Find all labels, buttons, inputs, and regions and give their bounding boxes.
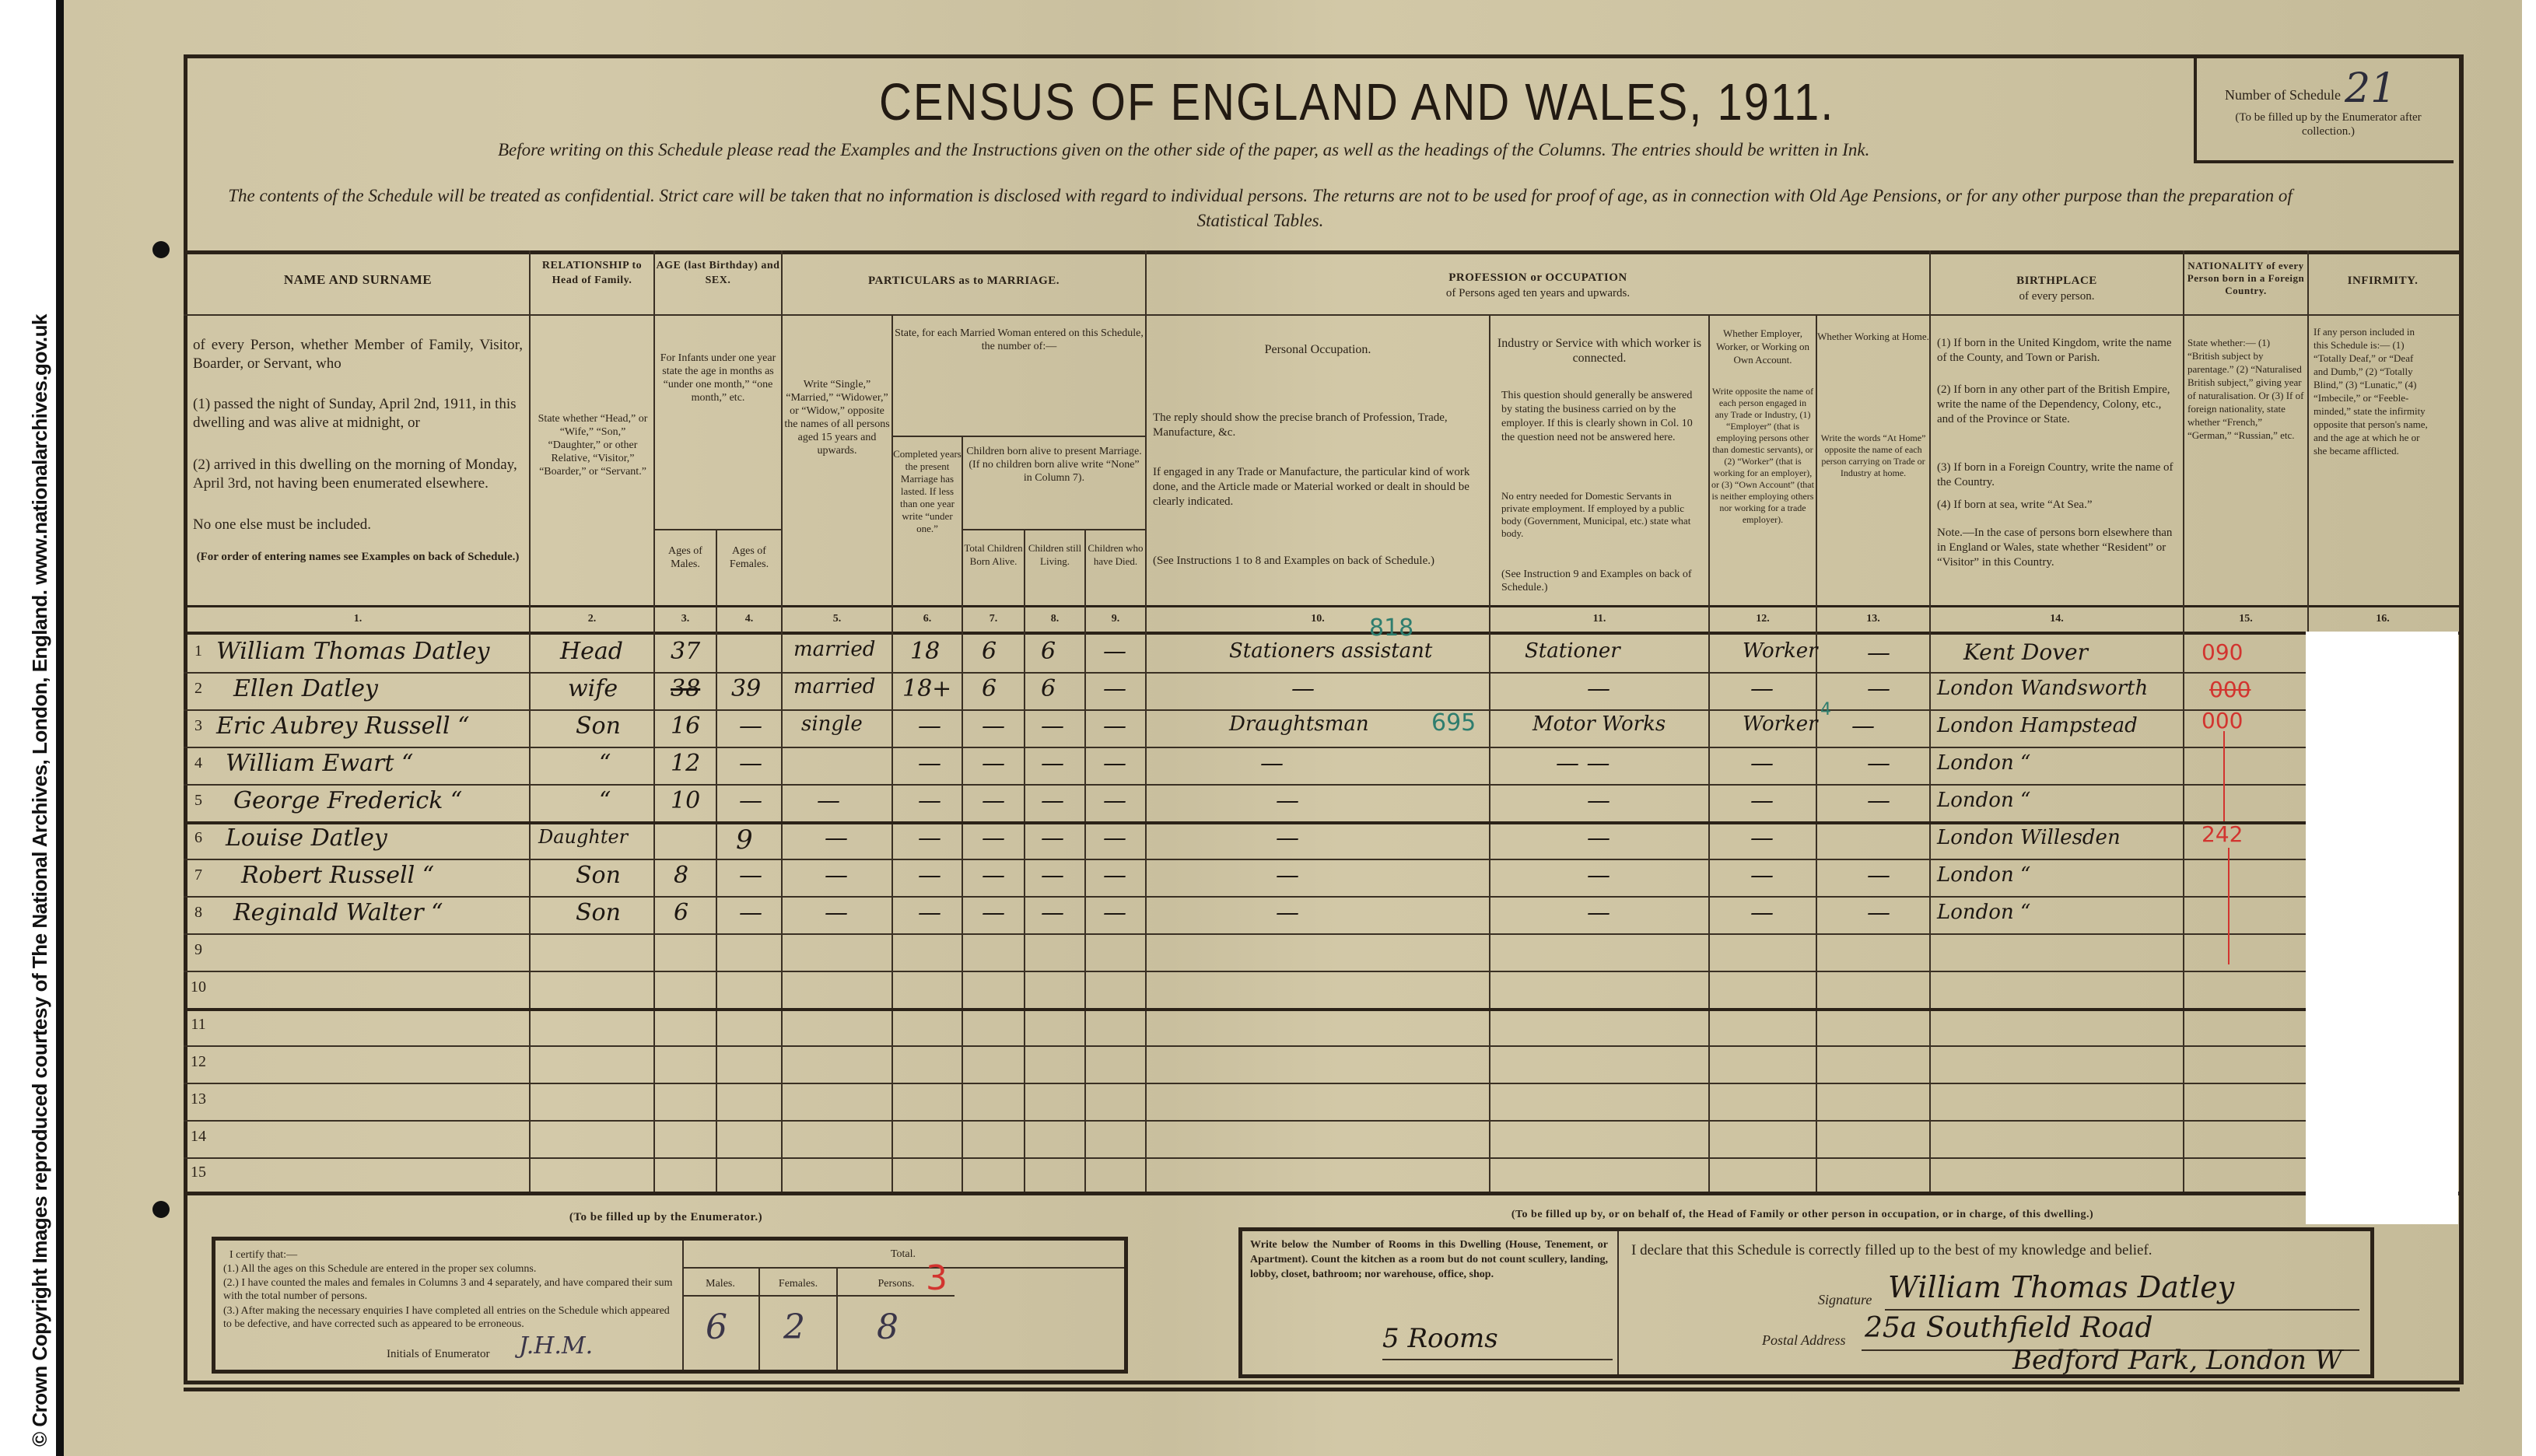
cell-age-female: — <box>739 899 762 926</box>
cell-children-living: 6 <box>1041 675 1056 702</box>
cell-age-male: 12 <box>671 750 700 777</box>
employer-code: 4 <box>1820 700 1831 719</box>
cell-name: Ellen Datley <box>233 675 378 702</box>
row-number: 13 <box>187 1090 210 1108</box>
children-subdivider <box>962 529 1145 530</box>
cell-at-home: — <box>1867 899 1890 926</box>
col-header-personal-occupation: Personal Occupation. <box>1148 342 1487 357</box>
col-desc-name-1: of every Person, whether Member of Famil… <box>193 336 523 373</box>
col-number: 3. <box>655 613 716 625</box>
cell-years-married: 18 <box>910 638 940 665</box>
cell-relationship: “ <box>599 787 611 814</box>
row-number: 12 <box>187 1053 210 1071</box>
cell-children-living: — <box>1041 862 1064 889</box>
col-desc-relationship: State whether “Head,” or “Wife,” “Son,” … <box>537 412 649 478</box>
col-desc-birthplace-note: Note.—In the case of persons born elsewh… <box>1937 526 2178 570</box>
col-header-relationship: RELATIONSHIP to Head of Family. <box>531 258 653 288</box>
row-number: 14 <box>187 1128 210 1146</box>
col-divider <box>1929 250 1931 1192</box>
cell-at-home: — <box>1867 862 1890 889</box>
cell-occupation: — <box>1276 899 1299 926</box>
cell-at-home: — <box>1867 787 1890 814</box>
cell-marital-status: — <box>817 787 840 814</box>
col-header-age: AGE (last Birthday) and SEX. <box>655 258 781 288</box>
col-header-children-total: Total Children Born Alive. <box>963 541 1024 568</box>
cell-years-married: 18+ <box>902 675 951 702</box>
col-divider <box>1489 314 1490 1192</box>
redacted-area <box>2306 632 2458 1224</box>
cell-at-home: — <box>1867 675 1890 702</box>
col-desc-married-woman: State, for each Married Woman entered on… <box>895 327 1144 353</box>
row-number: 7 <box>187 866 210 884</box>
col-number: 13. <box>1817 613 1929 625</box>
col-number: 6. <box>893 613 962 625</box>
col-desc-children: Children born alive to present Marriage.… <box>965 445 1144 485</box>
col-desc-name-2: (1) passed the night of Sunday, April 2n… <box>193 395 523 432</box>
cell-occupation: Draughtsman <box>1229 712 1369 736</box>
col-desc-name-3: (2) arrived in this dwelling on the morn… <box>193 456 523 493</box>
row-divider <box>184 1157 2306 1159</box>
cell-birthplace: London “ <box>1937 863 2030 887</box>
red-ditto-line <box>2228 848 2230 964</box>
cell-children-living: — <box>1041 824 1064 852</box>
cell-relationship: “ <box>599 750 611 777</box>
age-subdivider <box>653 529 781 530</box>
cell-relationship: Son <box>576 899 621 926</box>
col-divider <box>1145 250 1147 1192</box>
enumerator-heading: (To be filled up by the Enumerator.) <box>212 1210 1120 1225</box>
col-number: 15. <box>2184 613 2307 625</box>
col-divider <box>529 250 531 1192</box>
col-header-age-males: Ages of Males. <box>655 544 716 571</box>
copyright-strip: © Crown Copyright Images reproduced cour… <box>0 0 56 1456</box>
total-males: 6 <box>706 1307 727 1347</box>
cell-children-total: 6 <box>982 675 997 702</box>
cell-relationship: Son <box>576 862 621 889</box>
address-line-1: 25a Southfield Road <box>1865 1312 2153 1344</box>
schedule-number-box: Number of Schedule 21 (To be filled up b… <box>2194 56 2454 163</box>
col-divider <box>891 314 893 1192</box>
instruction-confidential: The contents of the Schedule will be tre… <box>210 184 2310 233</box>
birthplace-code: 000 <box>2201 708 2243 733</box>
col-header-infirmity: INFIRMITY. <box>2309 274 2457 289</box>
col-divider <box>653 250 655 1192</box>
cell-children-died: — <box>1103 824 1126 852</box>
row-number: 5 <box>187 792 210 810</box>
box-divider <box>758 1267 760 1370</box>
cell-birthplace: London Wandsworth <box>1937 677 2148 700</box>
col-header-occupation: PROFESSION or OCCUPATION <box>1147 271 1929 285</box>
cell-marital-status: married <box>793 675 875 698</box>
cell-years-married: — <box>918 862 941 889</box>
col-header-home: Whether Working at Home. <box>1817 330 1929 343</box>
occupation-code: 818 <box>1369 614 1413 642</box>
red-ditto-line <box>2223 731 2225 821</box>
address-label: Postal Address <box>1762 1332 1846 1349</box>
cell-industry: — <box>1587 899 1610 926</box>
col-number: 5. <box>783 613 891 625</box>
cell-marital-status: — <box>825 862 848 889</box>
cell-children-died: — <box>1103 787 1126 814</box>
address-line-2: Bedford Park, London W <box>2012 1345 2342 1376</box>
cell-at-home: — <box>1867 639 1890 667</box>
col-divider <box>1816 314 1817 1192</box>
col-desc-marital-status: Write “Single,” “Married,” “Widower,” or… <box>784 378 890 457</box>
colnum-rule <box>184 632 2460 635</box>
box-divider <box>836 1267 838 1370</box>
row-number: 6 <box>187 829 210 847</box>
cell-industry: — — <box>1556 750 1610 777</box>
total-label: Total. <box>682 1247 1124 1262</box>
cell-children-total: — <box>982 862 1005 889</box>
cell-children-died: — <box>1103 675 1126 702</box>
cell-age-male: 10 <box>671 787 700 814</box>
cell-years-married: — <box>918 899 941 926</box>
cell-children-total: — <box>982 712 1005 740</box>
schedule-number-value: 21 <box>2345 65 2396 112</box>
signature-label: Signature <box>1818 1292 1872 1308</box>
cell-children-died: — <box>1103 899 1126 926</box>
signature-line <box>1885 1309 2359 1311</box>
cell-birthplace: London “ <box>1937 751 2030 775</box>
row-number: 9 <box>187 941 210 959</box>
col-desc-industry-1: This question should generally be answer… <box>1501 389 1702 445</box>
row-divider <box>184 971 2306 972</box>
cell-employer-status: — <box>1750 862 1774 889</box>
enumerator-initials: J.H.M. <box>519 1332 593 1360</box>
row-divider <box>184 1045 2306 1047</box>
declaration-text: I declare that this Schedule is correctl… <box>1631 1242 2152 1258</box>
col-divider <box>781 250 783 1192</box>
col-number: 11. <box>1490 613 1708 625</box>
col-desc-birthplace-3: (3) If born in a Foreign Country, write … <box>1937 460 2178 490</box>
cell-children-total: — <box>982 750 1005 777</box>
col-divider <box>2183 250 2184 1192</box>
cell-children-living: — <box>1041 787 1064 814</box>
box-divider <box>682 1267 1124 1269</box>
header-bottom-rule <box>184 605 2460 607</box>
row-number: 2 <box>187 680 210 698</box>
col-subheader-birthplace: of every person. <box>1931 289 2183 304</box>
cell-marital-status: — <box>825 899 848 926</box>
col-desc-name-4: No one else must be included. <box>193 516 523 533</box>
cell-age-male: 8 <box>674 862 688 889</box>
row-number: 11 <box>187 1016 210 1034</box>
birthplace-code: 242 <box>2201 821 2243 847</box>
cell-name: Louise Datley <box>226 824 387 852</box>
row-number: 4 <box>187 754 210 772</box>
header-divider <box>184 314 2460 316</box>
cell-age-female: 39 <box>731 675 761 702</box>
cell-relationship: wife <box>568 675 618 702</box>
certify-item-3: (3.) After making the necessary enquirie… <box>223 1304 674 1331</box>
col-desc-occupation-1: The reply should show the precise branch… <box>1153 411 1481 440</box>
occupier-heading: (To be filled up by, or on behalf of, th… <box>1238 1207 2366 1222</box>
col-header-age-females: Ages of Females. <box>717 544 781 571</box>
row-number: 15 <box>187 1164 210 1181</box>
cell-industry: — <box>1587 824 1610 852</box>
row-number: 8 <box>187 904 210 922</box>
cell-industry: — <box>1587 862 1610 889</box>
cell-age-male: 16 <box>671 712 700 740</box>
cell-occupation: — <box>1276 824 1299 852</box>
col-header-name: NAME AND SURNAME <box>187 272 529 287</box>
col-number: 4. <box>717 613 781 625</box>
cell-birthplace: London “ <box>1937 901 2030 924</box>
col-number: 2. <box>531 613 653 625</box>
enumerator-box: I certify that:— (1.) All the ages on th… <box>212 1237 1128 1374</box>
cell-age-male: 38 <box>671 675 700 702</box>
cell-name: Robert Russell “ <box>241 862 434 889</box>
col-desc-industry-2: No entry needed for Domestic Servants in… <box>1501 490 1702 540</box>
row-divider <box>184 784 2306 786</box>
cell-relationship: Daughter <box>538 826 628 848</box>
rooms-count: 5 Rooms <box>1382 1323 1498 1354</box>
cell-birthplace: Kent Dover <box>1963 639 2088 665</box>
box-divider <box>1617 1231 1619 1374</box>
col-header-years-married: Completed years the present Marriage has… <box>893 448 962 535</box>
col-header-nationality: NATIONALITY of every Person born in a Fo… <box>2184 260 2307 297</box>
box-divider <box>682 1295 955 1297</box>
birthplace-code: 090 <box>2201 639 2243 665</box>
col-desc-employer: Write opposite the name of each person e… <box>1711 386 1814 526</box>
col-desc-occupation-3: (See Instructions 1 to 8 and Examples on… <box>1153 554 1481 569</box>
col-header-employer: Whether Employer, Worker, or Working on … <box>1710 327 1816 366</box>
cell-years-married: — <box>918 824 941 852</box>
cell-at-home: — <box>1867 750 1890 777</box>
col-subheader-occupation: of Persons aged ten years and upwards. <box>1147 286 1929 301</box>
col-number: 1. <box>187 613 529 625</box>
col-desc-home: Write the words “At Home” opposite the n… <box>1820 432 1926 479</box>
cell-relationship: Son <box>576 712 621 740</box>
cell-at-home: — <box>1851 712 1875 740</box>
cell-children-died: — <box>1103 712 1126 740</box>
col-divider <box>716 529 717 1192</box>
row-number: 3 <box>187 717 210 735</box>
punch-hole <box>152 241 170 258</box>
males-label: Males. <box>682 1276 758 1291</box>
col-desc-birthplace-1: (1) If born in the United Kingdom, write… <box>1937 336 2178 366</box>
occupation-code: 695 <box>1431 709 1476 737</box>
cell-marital-status: — <box>825 824 848 852</box>
col-divider <box>2307 250 2309 632</box>
col-desc-infirmity: If any person included in this Schedule … <box>2314 325 2430 457</box>
instruction-ink: Before writing on this Schedule please r… <box>498 140 1869 160</box>
row-divider <box>184 709 2306 711</box>
col-header-industry: Industry or Service with which worker is… <box>1490 336 1708 366</box>
cell-name: Eric Aubrey Russell “ <box>216 712 469 740</box>
cell-employer-status: Worker <box>1743 639 1818 663</box>
row-divider-bold <box>184 821 2306 824</box>
scan-border <box>56 0 64 1456</box>
cell-industry: — <box>1587 787 1610 814</box>
cell-occupation: — <box>1260 750 1284 777</box>
cell-children-total: — <box>982 824 1005 852</box>
col-number: 10. <box>1147 613 1489 625</box>
cell-children-died: — <box>1103 862 1126 889</box>
cell-children-living: — <box>1041 750 1064 777</box>
total-females: 2 <box>783 1307 805 1347</box>
col-desc-occupation-2: If engaged in any Trade or Manufacture, … <box>1153 465 1481 509</box>
red-annotation: 3 <box>926 1258 947 1298</box>
col-divider <box>1084 529 1086 1192</box>
col-number: 7. <box>963 613 1024 625</box>
cell-relationship: Head <box>560 638 623 665</box>
cell-years-married: — <box>918 750 941 777</box>
table-top-rule <box>184 250 2460 254</box>
col-header-marriage: PARTICULARS as to MARRIAGE. <box>783 274 1145 289</box>
cell-age-female: — <box>739 862 762 889</box>
cell-age-male: 37 <box>671 638 700 665</box>
cell-marital-status: married <box>793 638 875 661</box>
cell-occupation: Stationers assistant <box>1229 639 1432 663</box>
col-desc-name-5: (For order of entering names see Example… <box>193 549 523 565</box>
col-desc-industry-3: (See Instruction 9 and Examples on back … <box>1501 568 1702 594</box>
rooms-underline <box>1382 1359 1613 1360</box>
cell-children-living: — <box>1041 712 1064 740</box>
cell-employer-status: — <box>1750 750 1774 777</box>
cell-children-living: 6 <box>1041 638 1056 665</box>
cell-occupation: — <box>1276 862 1299 889</box>
cell-children-total: 6 <box>982 638 997 665</box>
cell-birthplace: London Willesden <box>1937 826 2121 849</box>
cell-age-male: 6 <box>674 899 688 926</box>
schedule-number-label: Number of Schedule <box>2225 87 2341 103</box>
cell-occupation: — <box>1276 787 1299 814</box>
occupier-box: Write below the Number of Rooms in this … <box>1238 1227 2374 1378</box>
cell-age-female: — <box>739 787 762 814</box>
cell-name: Reginald Walter “ <box>233 899 443 926</box>
certify-item-1: (1.) All the ages on this Schedule are e… <box>223 1262 674 1276</box>
cell-name: George Frederick “ <box>233 787 462 814</box>
row-divider-bold <box>184 1008 2306 1011</box>
col-desc-birthplace-2: (2) If born in any other part of the Bri… <box>1937 383 2178 427</box>
col-desc-age: For Infants under one year state the age… <box>658 352 778 404</box>
females-label: Females. <box>760 1276 836 1291</box>
cell-employer-status: Worker <box>1743 712 1818 736</box>
total-persons: 8 <box>877 1307 898 1347</box>
cell-employer-status: — <box>1750 787 1774 814</box>
row-divider <box>184 896 2306 898</box>
page-title: CENSUS OF ENGLAND AND WALES, 1911. <box>879 72 1834 132</box>
marriage-subdivider <box>891 436 1145 437</box>
initials-label: Initials of Enumerator <box>387 1346 489 1363</box>
cell-years-married: — <box>918 712 941 740</box>
cell-name: William Thomas Datley <box>216 638 490 665</box>
cell-children-living: — <box>1041 899 1064 926</box>
cell-employer-status: — <box>1750 824 1774 852</box>
cell-name: William Ewart “ <box>226 750 413 777</box>
row-divider <box>184 747 2306 748</box>
punch-hole <box>152 1201 170 1218</box>
cell-industry: Motor Works <box>1532 712 1666 736</box>
row-divider <box>184 859 2306 860</box>
col-number: 9. <box>1086 613 1145 625</box>
col-number: 12. <box>1710 613 1816 625</box>
cell-age-female: 9 <box>736 824 753 856</box>
cell-birthplace: London Hampstead <box>1937 714 2138 737</box>
cell-marital-status: single <box>801 712 863 736</box>
rooms-instructions: Write below the Number of Rooms in this … <box>1250 1237 1608 1282</box>
copyright-notice: © Crown Copyright Images reproduced cour… <box>28 314 52 1447</box>
cell-children-died: — <box>1103 638 1126 665</box>
cell-children-total: — <box>982 899 1005 926</box>
row-divider <box>184 672 2306 674</box>
certify-item-2: (2.) I have counted the males and female… <box>223 1276 674 1303</box>
cell-age-female: — <box>739 750 762 777</box>
cell-industry: — <box>1587 675 1610 702</box>
cell-age-female: — <box>739 712 762 740</box>
table-bottom-rule <box>184 1192 2460 1195</box>
col-header-children-died: Children who have Died. <box>1086 541 1145 568</box>
row-divider <box>184 1083 2306 1084</box>
cell-occupation: — <box>1291 675 1315 702</box>
row-number: 10 <box>187 978 210 996</box>
form-bottom-rule <box>184 1388 2460 1391</box>
row-divider <box>184 933 2306 935</box>
cell-birthplace: London “ <box>1937 789 2030 812</box>
col-divider <box>1024 529 1025 1192</box>
cell-employer-status: — <box>1750 899 1774 926</box>
col-number: 14. <box>1931 613 2183 625</box>
birthplace-code: 000 <box>2209 677 2251 702</box>
certify-label: I certify that:— <box>229 1248 681 1262</box>
cell-children-died: — <box>1103 750 1126 777</box>
col-number: 8. <box>1025 613 1084 625</box>
col-desc-nationality: State whether:— (1) “British subject by … <box>2187 336 2304 442</box>
row-number: 1 <box>187 642 210 660</box>
col-desc-birthplace-4: (4) If born at sea, write “At Sea.” <box>1937 498 2178 513</box>
col-header-birthplace: BIRTHPLACE <box>1931 274 2183 289</box>
cell-employer-status: — <box>1750 675 1774 702</box>
signature: William Thomas Datley <box>1888 1270 2234 1304</box>
cell-years-married: — <box>918 787 941 814</box>
col-header-children-living: Children still Living. <box>1025 541 1084 568</box>
cell-industry: Stationer <box>1525 639 1620 663</box>
schedule-number-note: (To be filled up by the Enumerator after… <box>2208 110 2449 138</box>
row-divider <box>184 1120 2306 1122</box>
cell-children-total: — <box>982 787 1005 814</box>
col-number: 16. <box>2309 613 2457 625</box>
col-divider <box>1708 314 1710 1192</box>
